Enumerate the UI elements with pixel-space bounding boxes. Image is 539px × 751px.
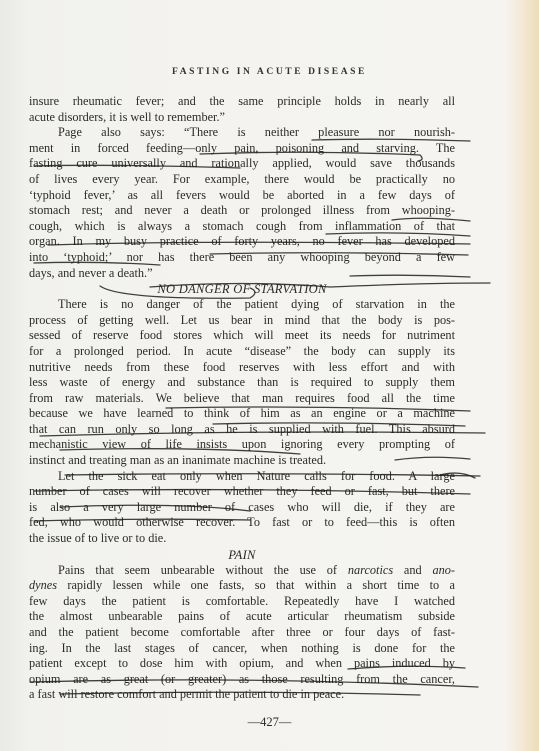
text-run: rapidly lessen while one fasts, so that … [57,578,455,592]
text-line: ment in forced feeding—only pain, poison… [29,141,455,157]
text-line: process of getting well. Let us bear in … [29,313,455,329]
text-line: for a prolonged period. In acute “diseas… [29,344,455,360]
text-line: fed, who would otherwise recover. To fas… [29,515,455,531]
section-heading-no-danger-of-starvation: NO DANGER OF STARVATION [29,281,455,297]
book-page: FASTING IN ACUTE DISEASE insure rheumati… [0,0,539,751]
text-run: Pains that seem unbearable without the u… [58,563,348,577]
text-line: opium are as great (or greater) as those… [29,672,455,688]
text-run: and [393,563,432,577]
text-line: of lives every year. For example, there … [29,172,455,188]
text-line: fasting cure universally and rationally … [29,156,455,172]
text-line: Let the sick eat only when Nature calls … [29,469,455,485]
text-line: insure rheumatic fever; and the same pri… [29,94,455,110]
page-number: —427— [0,715,539,730]
section-heading-pain: PAIN [29,547,455,563]
text-line: few days the patient is comfortable. Rep… [29,594,455,610]
text-line: number of cases will recover whether the… [29,484,455,500]
text-line: ing. In the last stages of cancer, when … [29,641,455,657]
text-line: a fast will restore comfort and permit t… [29,687,455,703]
text-line: because we have learned to think of him … [29,406,455,422]
text-line: Page also says: “There is neither pleasu… [29,125,455,141]
text-line: the issue of to live or to die. [29,531,455,547]
text-line: acute disorders, it is well to remember.… [29,110,455,126]
text-line: There is no danger of the patient dying … [29,297,455,313]
text-line: is also a very large number of cases who… [29,500,455,516]
text-line: and the patient become comfortable after… [29,625,455,641]
body-text: insure rheumatic fever; and the same pri… [29,94,455,703]
text-line: nutritive needs from these food reserves… [29,360,455,376]
text-line: organ. In my busy practice of forty year… [29,234,455,250]
text-line: that can run only so long as he is suppl… [29,422,455,438]
text-line: instinct and treating man as an inanimat… [29,453,455,469]
text-line: the almost unbearable pains of acute art… [29,609,455,625]
text-line: dynes rapidly lessen while one fasts, so… [29,578,455,594]
text-line: patient except to dose him with opium, a… [29,656,455,672]
text-line: cough, which is always a stomach cough f… [29,219,455,235]
text-line: Pains that seem unbearable without the u… [29,563,455,579]
italic-term: narcotics [348,563,393,577]
italic-term: ano- [432,563,455,577]
running-head: FASTING IN ACUTE DISEASE [0,67,539,77]
italic-term: dynes [29,578,57,592]
text-line: from raw materials. We believe that man … [29,391,455,407]
text-line: mechanistic view of life insists upon ig… [29,437,455,453]
text-line: days, and never a death.” [29,266,455,282]
text-line: less waste of energy and substance than … [29,375,455,391]
text-line: into ‘typhoid;’ nor has there been any w… [29,250,455,266]
text-line: ‘typhoid fever,’ as all fevers would be … [29,188,455,204]
text-line: sessed of reserve food stores which will… [29,328,455,344]
text-line: stomach rest; and never a death or prolo… [29,203,455,219]
